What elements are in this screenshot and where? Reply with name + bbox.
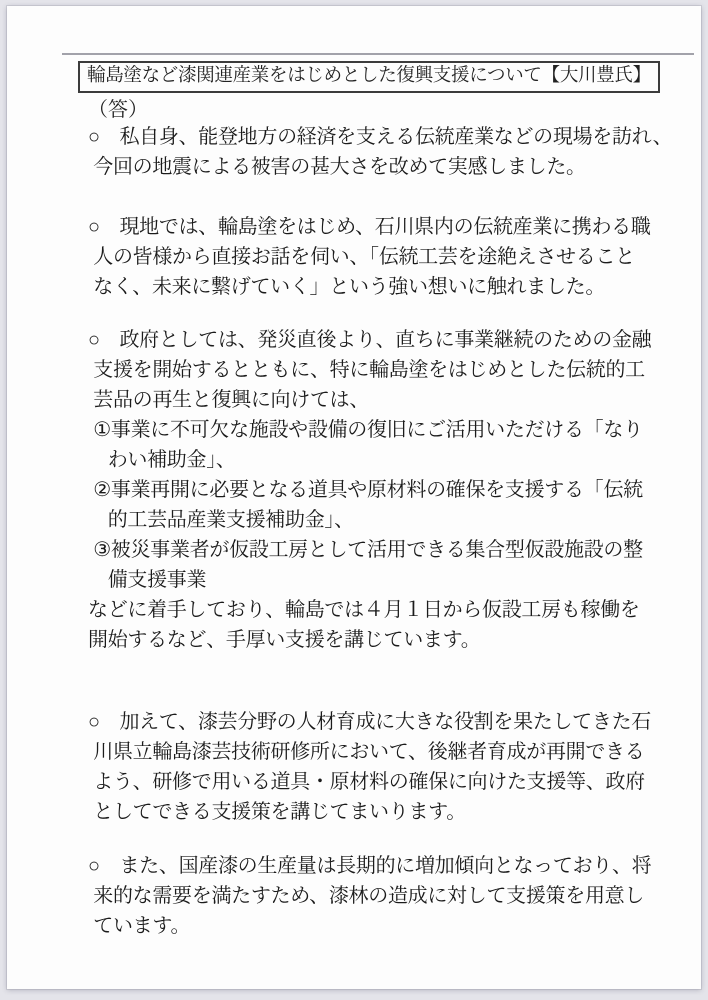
question-title: 輪島塗など漆関連産業をはじめとした復興支援について【大川豊氏】 [87, 66, 651, 86]
answer-paragraph: ○ 加えて、漆芸分野の人材育成に大きな役割を果たしてきた石 川県立輪島漆芸技術研… [88, 707, 651, 827]
question-title-box: 輪島塗など漆関連産業をはじめとした復興支援について【大川豊氏】 [78, 61, 660, 93]
document-page: 輪島塗など漆関連産業をはじめとした復興支援について【大川豊氏】 （答） ○ 私自… [7, 6, 701, 989]
answer-label: （答） [88, 95, 148, 125]
answer-paragraph: ○ 私自身、能登地方の経済を支える伝統産業などの現場を訪れ、 今回の地震による被… [88, 122, 672, 182]
scan-backdrop: 輪島塗など漆関連産業をはじめとした復興支援について【大川豊氏】 （答） ○ 私自… [0, 0, 708, 1000]
answer-paragraph: ○ 政府としては、発災直後より、直ちに事業継続のための金融 支援を開始するととも… [88, 325, 651, 655]
answer-paragraph: ○ 現地では、輪島塗をはじめ、石川県内の伝統産業に携わる職 人の皆様から直接お話… [88, 212, 651, 302]
top-divider-line [62, 53, 694, 55]
answer-paragraph: ○ また、国産漆の生産量は長期的に増加傾向となっており、将 来的な需要を満たすた… [88, 851, 651, 941]
